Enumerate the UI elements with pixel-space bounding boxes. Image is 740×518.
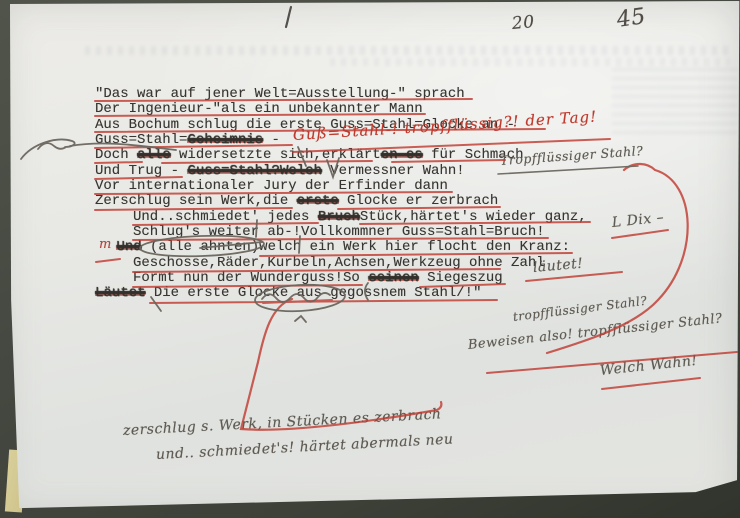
pencil-bracket xyxy=(299,236,300,253)
pencil-scribble xyxy=(262,293,330,302)
pencil-slash-insert xyxy=(151,297,161,311)
pencil-oval-alle-ahnten xyxy=(140,234,265,258)
pencil-slash-insert xyxy=(298,147,306,166)
pencil-stroke-1 xyxy=(286,7,291,27)
pencil-strike-ahnten xyxy=(200,242,262,248)
pencil-marks xyxy=(0,0,740,518)
pencil-v-mark xyxy=(327,158,339,177)
pencil-bracket xyxy=(365,283,368,300)
circled-scribble-annotation xyxy=(254,283,345,314)
pencil-caret xyxy=(295,316,306,322)
pencil-underline-wahn-note xyxy=(498,166,638,174)
margin-doodle xyxy=(21,140,176,159)
photo-backdrop: "Das war auf jener Welt=Ausstellung-" sp… xyxy=(0,0,740,518)
pencil-bracket xyxy=(256,220,257,237)
